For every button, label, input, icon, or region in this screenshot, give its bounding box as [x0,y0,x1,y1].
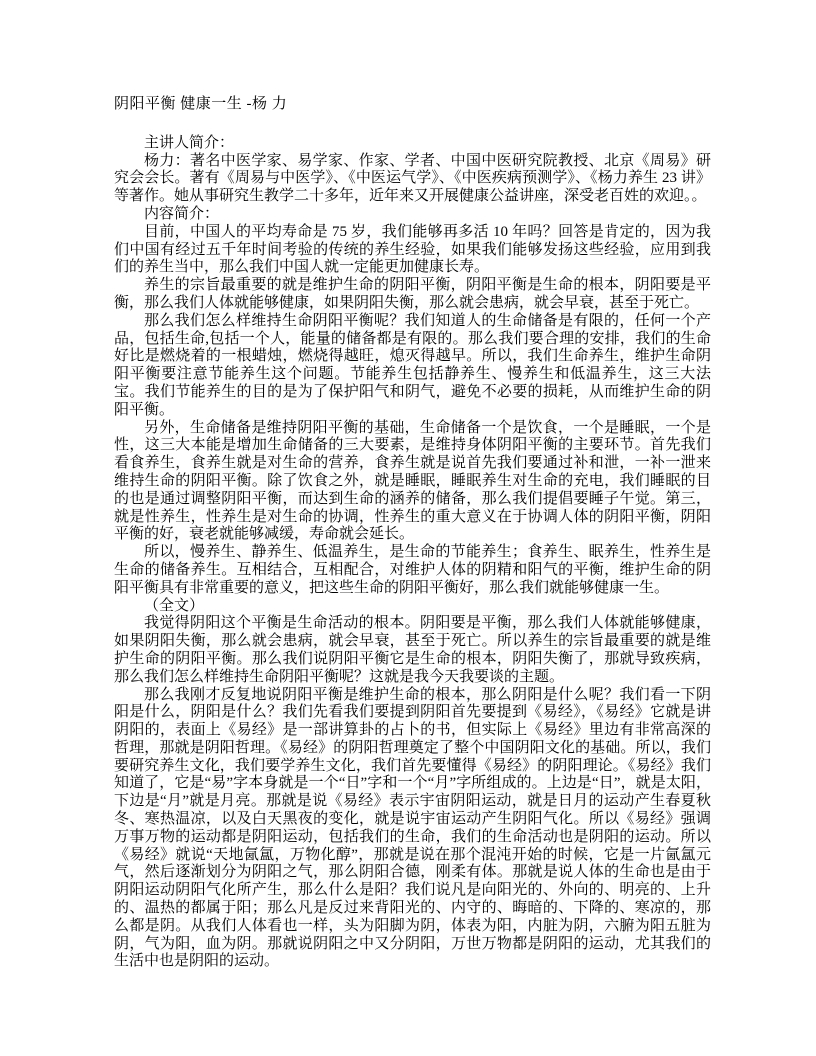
paragraph-speaker-bio: 杨力：著名中医学家、易学家、作家、学者、中国中医研究院教授、北京《周易》研究会会… [114,153,711,206]
document-title: 阴阳平衡 健康一生 -杨 力 [114,96,711,114]
paragraph-life-expectancy: 目前，中国人的平均寿命是 75 岁，我们能够再多活 10 年吗？回答是肯定的，因… [114,224,711,277]
paragraph-yijing-explanation: 那么我刚才反复地说阴阳平衡是维护生命的根本，那么阴阳是什么呢？我们看一下阴阳是什… [114,687,711,972]
document-page: 阴阳平衡 健康一生 -杨 力 主讲人简介： 杨力：著名中医学家、易学家、作家、学… [0,0,816,1056]
paragraph-life-reserve: 另外，生命储备是维持阴阳平衡的基础，生命储备一个是饮食，一个是睡眠，一个是性，这… [114,420,711,545]
paragraph-fulltext-heading: （全文） [114,598,711,616]
document-content: 阴阳平衡 健康一生 -杨 力 主讲人简介： 杨力：著名中医学家、易学家、作家、学… [114,96,711,971]
paragraph-yinyang-principle: 养生的宗旨最重要的就是维护生命的阴阳平衡，阴阳平衡是生命的根本，阴阳要是平衡，那… [114,277,711,313]
paragraph-fulltext-intro: 我觉得阴阳这个平衡是生命活动的根本。阴阳要是平衡，那么我们人体就能够健康，如果阴… [114,615,711,686]
paragraph-speaker-intro-heading: 主讲人简介： [114,135,711,153]
paragraph-content-intro-heading: 内容简介： [114,206,711,224]
paragraph-summary: 所以，慢养生、静养生、低温养生，是生命的节能养生；食养生、眠养生，性养生是生命的… [114,544,711,597]
paragraph-energy-saving: 那么我们怎么样维持生命阴阳平衡呢？我们知道人的生命储备是有限的，任何一个产品，包… [114,313,711,420]
